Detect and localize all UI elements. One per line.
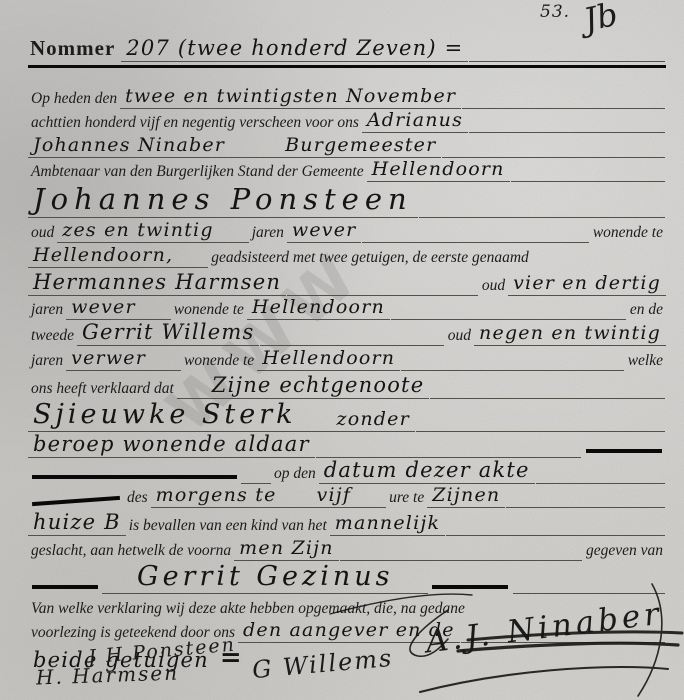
- ruled-line: [282, 503, 312, 508]
- ruled-line: [102, 589, 132, 594]
- ruled-line: [178, 263, 208, 268]
- line-birth-date: op den datum dezer akte: [28, 458, 666, 484]
- line-gender-names: geslacht, aan hetwelk de voorna men Zijn…: [28, 536, 666, 561]
- ruled-line: [398, 589, 428, 594]
- line-witness2: tweede Gerrit Willems oud negen en twint…: [28, 320, 666, 346]
- printed-text: oud: [445, 327, 474, 346]
- ruled-line: [446, 531, 665, 536]
- ruled-line: [430, 394, 665, 399]
- act-number: 207 (twee honderd Zeven) =: [121, 36, 468, 62]
- child-gender: mannelijk: [330, 512, 445, 536]
- ruled-line: [241, 479, 271, 484]
- printed-text: wonende te: [590, 224, 666, 243]
- ruled-line: [513, 589, 665, 594]
- printed-text: welke: [625, 352, 666, 371]
- line-declaration: ons heeft verklaard dat Zijne echtgenoot…: [28, 371, 666, 399]
- printed-text: ons heeft verklaard dat: [28, 380, 177, 399]
- ruled-line: [391, 315, 626, 320]
- line-nommer: Nommer 207 (twee honderd Zeven) =: [28, 28, 666, 62]
- witness2-occupation: verwer: [66, 347, 151, 371]
- printed-text: tweede: [28, 327, 77, 346]
- ruled-line: [469, 57, 665, 62]
- line-witness2-details: jaren verwer wonende te Hellendoorn welk…: [28, 346, 666, 371]
- ruled-line: [260, 341, 443, 346]
- witness2-name: Gerrit Willems: [77, 320, 259, 346]
- official-name: Johannes Ninaber: [28, 134, 230, 158]
- declarant-residence: Hellendoorn,: [28, 244, 178, 268]
- ruled-line: [219, 238, 249, 243]
- line-declarant-name: Johannes Ponsteen: [28, 182, 666, 218]
- printed-text: geslacht, aan hetwelk de voorna: [28, 542, 234, 561]
- birth-certificate-scan: WWW 53. Jb Nommer 207 (twee honderd Zeve…: [0, 0, 684, 700]
- ruled-line: [401, 366, 624, 371]
- line-child-name: Gerrit Gezinus: [28, 561, 666, 594]
- line-year: achttien honderd vijf en negentig versch…: [28, 109, 666, 134]
- ink-strike: [32, 496, 120, 506]
- printed-text: wonende te: [171, 301, 247, 320]
- official-title: Burgemeester: [280, 134, 441, 158]
- ruled-line: [442, 153, 665, 158]
- ruled-line: [230, 153, 280, 158]
- birth-hour: vijf: [312, 484, 357, 508]
- printed-text: Van welke verklaring wij deze akte hebbe…: [28, 600, 468, 619]
- witness2-age: negen en twintig: [474, 322, 666, 346]
- ink-dash: [432, 585, 508, 589]
- mother-name: Sjieuwke Sterk: [28, 399, 302, 432]
- line-mother-name: Sjieuwke Sterk zonder: [28, 399, 666, 432]
- ruled-line: [151, 366, 181, 371]
- date-day-month: twee en twintigsten November: [120, 85, 461, 109]
- printed-text: geadsisteerd met twee getuigen, de eerst…: [208, 249, 532, 268]
- ruled-line: [462, 104, 665, 109]
- witness1-name: Hermannes Harmsen: [28, 270, 286, 296]
- spouse-phrase: Zijne echtgenoote: [207, 373, 430, 399]
- declarant-name: Johannes Ponsteen: [28, 182, 418, 218]
- signature-witness1: H. Harmsen: [36, 661, 180, 690]
- line-witness1: Hermannes Harmsen oud vier en dertig: [28, 268, 666, 296]
- ink-dash: [32, 585, 98, 589]
- line-birth-place: huize B is bevallen van een kind van het…: [28, 508, 666, 536]
- nommer-label: Nommer: [28, 36, 121, 62]
- printed-text: jaren: [28, 301, 66, 320]
- heavy-rule: [28, 65, 666, 68]
- printed-text: jaren: [249, 224, 287, 243]
- ruled-line: [362, 238, 588, 243]
- printed-text: jaren: [28, 352, 66, 371]
- printed-text: op den: [271, 465, 319, 484]
- printed-text: is bevallen van een kind van het: [126, 517, 330, 536]
- ruled-line: [536, 479, 665, 484]
- ink-dash: [586, 449, 662, 453]
- house-reference: huize B: [28, 510, 126, 536]
- mother-occupation-part1: zonder: [332, 408, 415, 432]
- line-official: Johannes Ninaber Burgemeester: [28, 133, 666, 158]
- document-content: Nommer 207 (twee honderd Zeven) = Op hed…: [28, 4, 666, 673]
- printed-text: gegeven van: [583, 542, 666, 561]
- declarant-age: zes en twintig: [57, 219, 218, 243]
- birth-date-phrase: datum dezer akte: [319, 458, 535, 484]
- line-mother-occupation: beroep wonende aldaar: [28, 432, 666, 458]
- ruled-line: [511, 177, 665, 182]
- line-ambtenaar: Ambtenaar van den Burgerlijken Stand der…: [28, 158, 666, 183]
- zijnen-word: Zijnen: [427, 484, 505, 508]
- child-name: Gerrit Gezinus: [132, 561, 398, 594]
- ruled-line: [416, 427, 665, 432]
- line-date: Op heden den twee en twintigsten Novembe…: [28, 84, 666, 109]
- witness1-residence: Hellendoorn: [247, 296, 390, 320]
- printed-text: Op heden den: [28, 90, 120, 109]
- line-birth-time: des morgens te vijf ure te Zijnen: [28, 484, 666, 509]
- line-declarant-details: oud zes en twintig jaren wever wonende t…: [28, 218, 666, 243]
- witness1-occupation: wever: [66, 296, 141, 320]
- ruled-line: [287, 291, 478, 296]
- ink-dash: [32, 475, 237, 479]
- ruled-line: [356, 503, 386, 508]
- ruled-line: [419, 213, 665, 218]
- voornamen-completion: men Zijn: [234, 537, 339, 561]
- printed-text: des: [124, 489, 151, 508]
- printed-text: Ambtenaar van den Burgerlijken Stand der…: [28, 163, 367, 182]
- printed-text: oud: [479, 277, 508, 296]
- declarant-occupation: wever: [287, 219, 362, 243]
- gemeente-name: Hellendoorn: [367, 158, 510, 182]
- mother-occupation-part2: beroep wonende aldaar: [28, 432, 315, 458]
- printed-text: oud: [28, 224, 57, 243]
- witness2-residence: Hellendoorn: [257, 347, 400, 371]
- official-first-name: Adrianus: [362, 109, 468, 133]
- printed-text: achttien honderd vijf en negentig versch…: [28, 114, 362, 133]
- witness1-age: vier en dertig: [508, 272, 666, 296]
- ruled-line: [506, 503, 665, 508]
- printed-text: wonende te: [181, 352, 257, 371]
- daypart: morgens te: [151, 484, 282, 508]
- printed-text: en de: [627, 301, 666, 320]
- line-declarant-residence: Hellendoorn, geadsisteerd met twee getui…: [28, 243, 666, 268]
- ruled-line: [469, 128, 665, 133]
- line-witness1-details: jaren wever wonende te Hellendoorn en de: [28, 296, 666, 321]
- printed-text: ure te: [386, 489, 427, 508]
